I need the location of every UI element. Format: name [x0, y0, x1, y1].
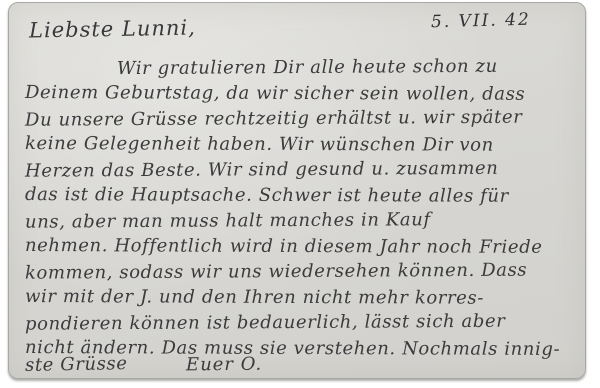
salutation: Liebste Lunni, — [29, 10, 196, 43]
handwriting-line: wir mit der J. und den Ihren nicht mehr … — [25, 284, 575, 311]
closing-greeting: ste Grüsse — [25, 353, 128, 376]
handwriting-line: pondieren können ist bedauerlich, lässt … — [25, 308, 575, 337]
letter-body: Wir gratulieren Dir alle heute schon zu … — [25, 55, 575, 375]
handwriting-line: nehmen. Hoffentlich wird in diesem Jahr … — [25, 233, 575, 260]
handwriting-line: uns, aber man muss halt manches in Kauf — [25, 206, 575, 235]
handwriting-line: kommen, sodass wir uns wiedersehen könne… — [25, 257, 575, 286]
handwriting-line: Du unsere Grüsse rechtzeitig erhältst u.… — [25, 104, 575, 133]
handwriting-line: Deinem Geburtstag, da wir sicher sein wo… — [25, 80, 575, 107]
postcard-header: Liebste Lunni, 5. VII. 42 — [29, 11, 563, 41]
scanned-document-frame: Liebste Lunni, 5. VII. 42 Wir gratuliere… — [0, 0, 600, 388]
handwriting-line: Herzen das Beste. Wir sind gesund u. zus… — [25, 155, 575, 184]
date: 5. VII. 42 — [431, 10, 531, 33]
handwriting-line: Wir gratulieren Dir alle heute schon zu — [25, 53, 575, 82]
postcard-paper: Liebste Lunni, 5. VII. 42 Wir gratuliere… — [8, 2, 586, 379]
signature: Euer O. — [185, 354, 261, 376]
handwriting-line: keine Gelegenheit haben. Wir wünschen Di… — [25, 131, 575, 158]
handwriting-line: das ist die Hauptsache. Schwer ist heute… — [25, 182, 575, 209]
